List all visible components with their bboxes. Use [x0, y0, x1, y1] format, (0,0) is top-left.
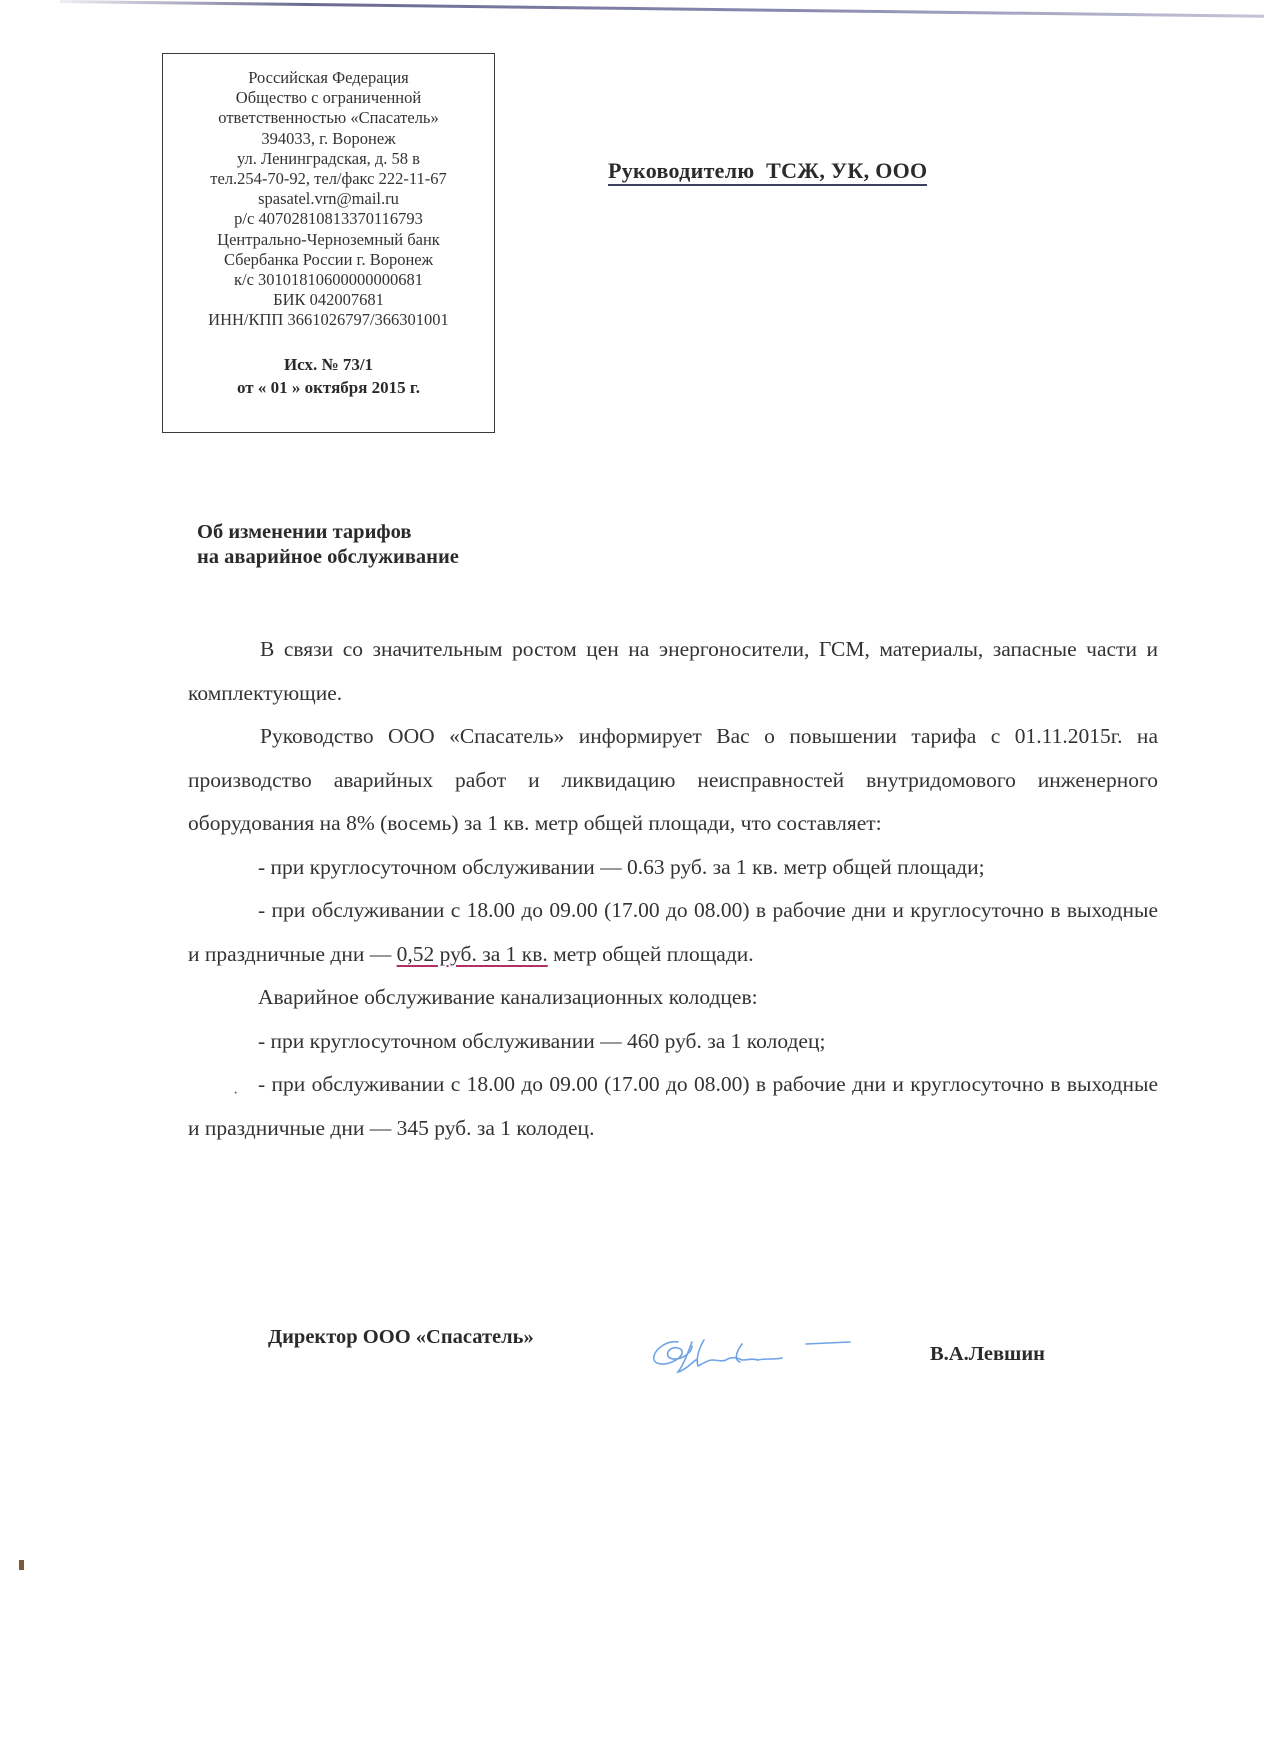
- highlighted-rate: 0,52 руб. за 1 кв.: [397, 942, 548, 966]
- letterhead-line: 394033, г. Воронеж: [163, 129, 494, 149]
- outgoing-number: Исх. № 73/1: [163, 353, 494, 376]
- wells-heading: Аварийное обслуживание канализационных к…: [188, 976, 1158, 1020]
- letterhead-line: ул. Ленинградская, д. 58 в: [163, 149, 494, 169]
- well-item-offhours: - при обслуживании с 18.00 до 09.00 (17.…: [188, 1063, 1158, 1150]
- letterhead-line: Центрально-Черноземный банк: [163, 230, 494, 250]
- director-title: Директор ООО «Спасатель»: [268, 1326, 534, 1349]
- letterhead-line: БИК 042007681: [163, 290, 494, 310]
- scan-speck: [19, 1560, 24, 1570]
- letterhead-box: Российская Федерация Общество с ограниче…: [162, 53, 495, 433]
- letterhead-line: тел.254-70-92, тел/факс 222-11-67: [163, 169, 494, 189]
- letterhead-line: р/с 40702810813370116793: [163, 209, 494, 229]
- handwritten-signature: [648, 1330, 858, 1380]
- tariff-item-24h: - при круглосуточном обслуживании — 0.63…: [188, 846, 1158, 890]
- letterhead-line: Российская Федерация: [163, 68, 494, 88]
- subject-heading: Об изменении тарифов на аварийное обслуж…: [197, 520, 459, 570]
- letterhead-line: к/с 30101810600000000681: [163, 270, 494, 290]
- tariff-item-offhours: - при обслуживании с 18.00 до 09.00 (17.…: [188, 889, 1158, 976]
- letterhead-line: Сбербанка России г. Воронеж: [163, 250, 494, 270]
- subject-line-1: Об изменении тарифов: [197, 520, 459, 545]
- paragraph-reason: В связи со значительным ростом цен на эн…: [188, 628, 1158, 715]
- outgoing-date: от « 01 » октября 2015 г.: [163, 376, 494, 399]
- scan-edge-line: [60, 0, 1264, 18]
- letterhead-email: spasatel.vrn@mail.ru: [163, 189, 494, 209]
- letter-body: В связи со значительным ростом цен на эн…: [188, 628, 1158, 1150]
- tariff-item-offhours-tail: метр общей площади.: [548, 942, 754, 966]
- subject-line-2: на аварийное обслуживание: [197, 545, 459, 570]
- outgoing-reference: Исх. № 73/1 от « 01 » октября 2015 г.: [163, 353, 494, 399]
- letterhead-line: Общество с ограниченной: [163, 88, 494, 108]
- well-item-24h: - при круглосуточном обслуживании — 460 …: [188, 1020, 1158, 1064]
- signer-name: В.А.Левшин: [930, 1343, 1045, 1366]
- letterhead-line: ИНН/КПП 3661026797/366301001: [163, 310, 494, 330]
- letterhead-line: ответственностью «Спасатель»: [163, 108, 494, 128]
- stray-dot: ·: [233, 1085, 238, 1103]
- paragraph-announcement: Руководство ООО «Спасатель» информирует …: [188, 715, 1158, 846]
- addressee: Руководителю ТСЖ, УК, ООО: [608, 158, 927, 186]
